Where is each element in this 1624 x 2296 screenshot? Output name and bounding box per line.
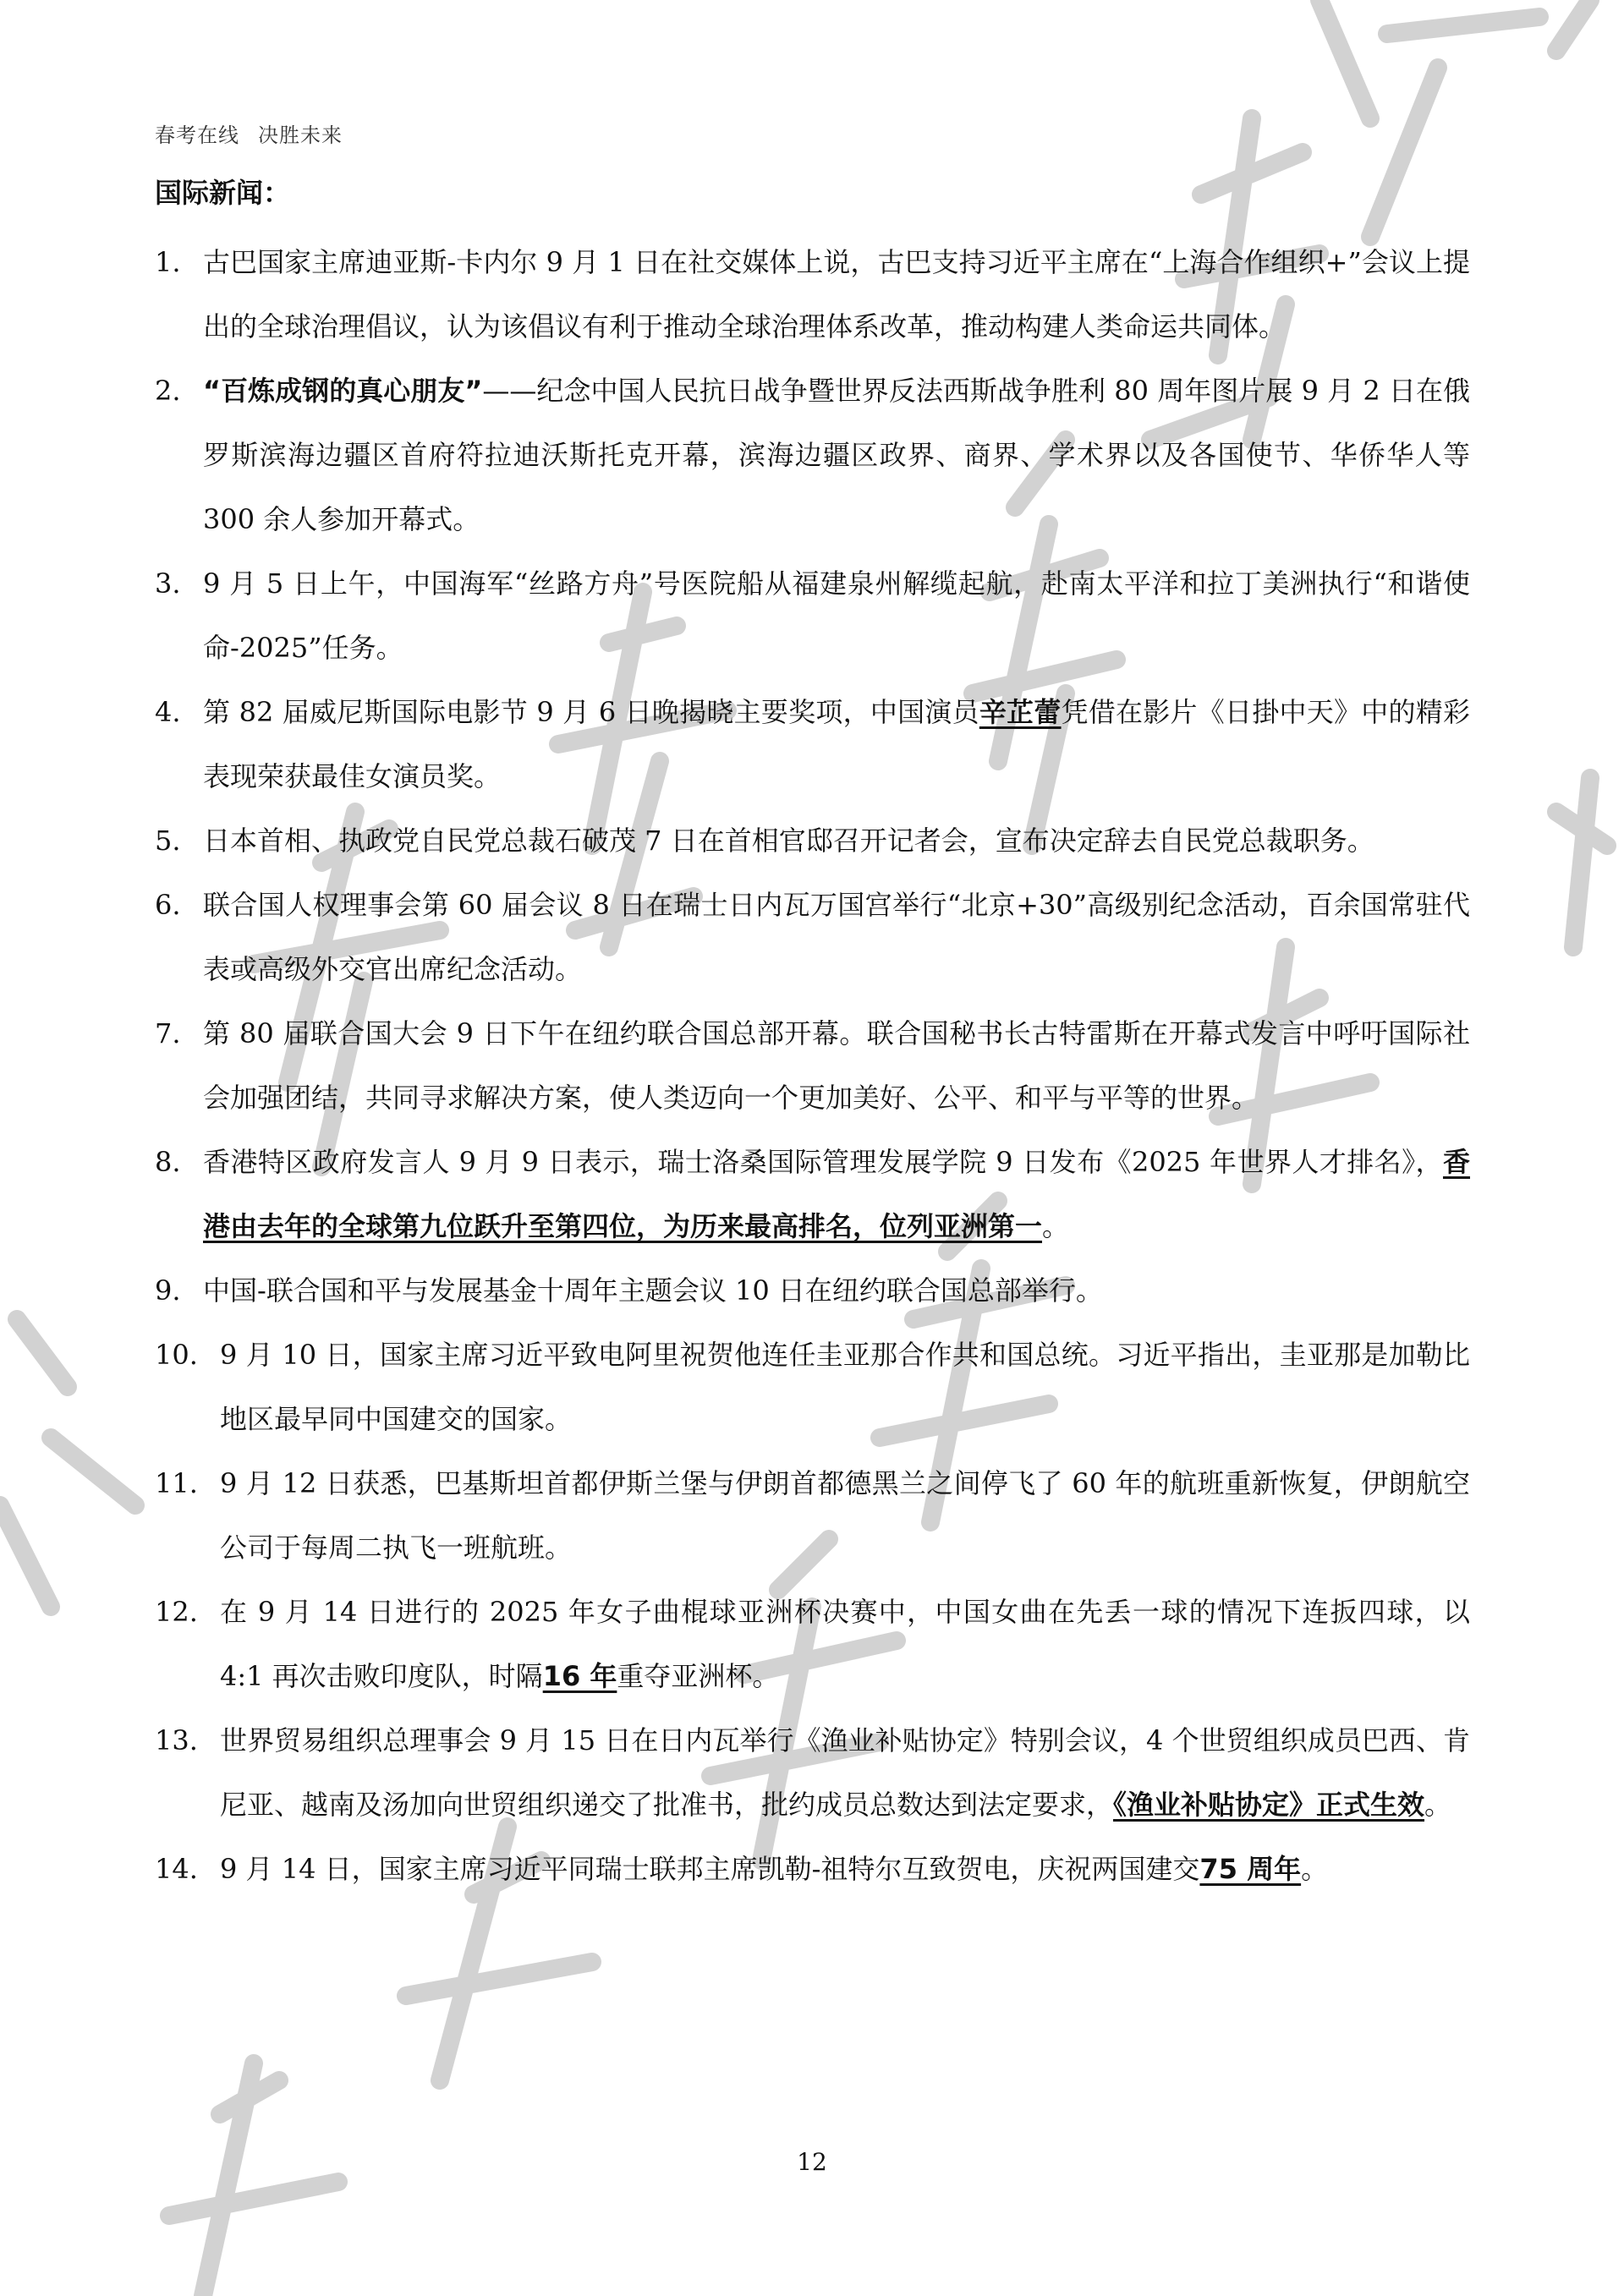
news-item: 4.第 82 届威尼斯国际电影节 9 月 6 日晚揭晓主要奖项，中国演员辛芷蕾凭… xyxy=(155,680,1470,808)
news-item-number: 5. xyxy=(155,808,181,873)
news-item: 13.世界贸易组织总理事会 9 月 15 日在日内瓦举行《渔业补贴协定》特别会议… xyxy=(155,1708,1470,1837)
news-item-number: 6. xyxy=(155,873,181,937)
news-item-text: 9 月 10 日，国家主席习近平致电阿里祝贺他连任圭亚那合作共和国总统。习近平指… xyxy=(155,1323,1470,1451)
section-title: 国际新闻： xyxy=(155,172,290,211)
news-item: 1.古巴国家主席迪亚斯-卡内尔 9 月 1 日在社交媒体上说，古巴支持习近平主席… xyxy=(155,230,1470,359)
text-segment: 。 xyxy=(1301,1853,1328,1885)
news-item-number: 8. xyxy=(155,1130,181,1194)
text-segment: 重夺亚洲杯。 xyxy=(617,1660,779,1692)
text-segment: 第 82 届威尼斯国际电影节 9 月 6 日晚揭晓主要奖项，中国演员 xyxy=(203,696,979,728)
news-item-number: 14. xyxy=(155,1837,198,1901)
text-segment: 中国-联合国和平与发展基金十周年主题会议 10 日在纽约联合国总部举行。 xyxy=(203,1274,1103,1307)
news-item: 7.第 80 届联合国大会 9 日下午在纽约联合国总部开幕。联合国秘书长古特雷斯… xyxy=(155,1001,1470,1130)
news-item: 11.9 月 12 日获悉，巴基斯坦首都伊斯兰堡与伊朗首都德黑兰之间停飞了 60… xyxy=(155,1451,1470,1580)
text-segment: 9 月 14 日，国家主席习近平同瑞士联邦主席凯勒-祖特尔互致贺电，庆祝两国建交 xyxy=(220,1853,1199,1885)
news-item-text: 第 80 届联合国大会 9 日下午在纽约联合国总部开幕。联合国秘书长古特雷斯在开… xyxy=(155,1001,1470,1130)
news-item-number: 7. xyxy=(155,1001,181,1066)
text-segment: 。 xyxy=(1424,1789,1451,1821)
news-item-text: 9 月 5 日上午，中国海军“丝路方舟”号医院船从福建泉州解缆起航，赴南太平洋和… xyxy=(155,551,1470,680)
news-item: 5.日本首相、执政党自民党总裁石破茂 7 日在首相官邸召开记者会，宣布决定辞去自… xyxy=(155,808,1470,873)
text-segment: 日本首相、执政党自民党总裁石破茂 7 日在首相官邸召开记者会，宣布决定辞去自民党… xyxy=(203,825,1374,857)
text-segment: 香港特区政府发言人 9 月 9 日表示，瑞士洛桑国际管理发展学院 9 日发布《2… xyxy=(203,1146,1443,1178)
news-item-text: 9 月 12 日获悉，巴基斯坦首都伊斯兰堡与伊朗首都德黑兰之间停飞了 60 年的… xyxy=(155,1451,1470,1580)
news-item-number: 2. xyxy=(155,359,181,423)
text-segment: 第 80 届联合国大会 9 日下午在纽约联合国总部开幕。联合国秘书长古特雷斯在开… xyxy=(203,1017,1470,1114)
page-number: 12 xyxy=(0,2148,1624,2176)
news-item-text: 香港特区政府发言人 9 月 9 日表示，瑞士洛桑国际管理发展学院 9 日发布《2… xyxy=(155,1130,1470,1258)
news-item-number: 13. xyxy=(155,1708,198,1773)
news-item-number: 3. xyxy=(155,551,181,616)
news-item: 3.9 月 5 日上午，中国海军“丝路方舟”号医院船从福建泉州解缆起航，赴南太平… xyxy=(155,551,1470,680)
news-item: 8.香港特区政府发言人 9 月 9 日表示，瑞士洛桑国际管理发展学院 9 日发布… xyxy=(155,1130,1470,1258)
highlighted-text: 辛芷蕾 xyxy=(979,696,1062,728)
document-page: 春考在线决胜未来 国际新闻： 1.古巴国家主席迪亚斯-卡内尔 9 月 1 日在社… xyxy=(0,0,1624,2296)
news-item-text: 古巴国家主席迪亚斯-卡内尔 9 月 1 日在社交媒体上说，古巴支持习近平主席在“… xyxy=(155,230,1470,359)
news-item-text: 9 月 14 日，国家主席习近平同瑞士联邦主席凯勒-祖特尔互致贺电，庆祝两国建交… xyxy=(155,1837,1470,1901)
text-segment: 在 9 月 14 日进行的 2025 年女子曲棍球亚洲杯决赛中，中国女曲在先丢一… xyxy=(220,1596,1470,1692)
news-item-text: 中国-联合国和平与发展基金十周年主题会议 10 日在纽约联合国总部举行。 xyxy=(155,1258,1470,1323)
news-item-number: 9. xyxy=(155,1258,181,1323)
page-header: 春考在线决胜未来 xyxy=(155,118,343,148)
news-item-text: 日本首相、执政党自民党总裁石破茂 7 日在首相官邸召开记者会，宣布决定辞去自民党… xyxy=(155,808,1470,873)
news-item: 9.中国-联合国和平与发展基金十周年主题会议 10 日在纽约联合国总部举行。 xyxy=(155,1258,1470,1323)
news-item-text: “百炼成钢的真心朋友”——纪念中国人民抗日战争暨世界反法西斯战争胜利 80 周年… xyxy=(155,359,1470,551)
text-segment: 9 月 5 日上午，中国海军“丝路方舟”号医院船从福建泉州解缆起航，赴南太平洋和… xyxy=(203,567,1470,664)
news-item-text: 第 82 届威尼斯国际电影节 9 月 6 日晚揭晓主要奖项，中国演员辛芷蕾凭借在… xyxy=(155,680,1470,808)
news-item-number: 1. xyxy=(155,230,181,294)
news-item: 2.“百炼成钢的真心朋友”——纪念中国人民抗日战争暨世界反法西斯战争胜利 80 … xyxy=(155,359,1470,551)
text-segment: 古巴国家主席迪亚斯-卡内尔 9 月 1 日在社交媒体上说，古巴支持习近平主席在“… xyxy=(203,246,1470,342)
text-segment: 联合国人权理事会第 60 届会议 8 日在瑞士日内瓦万国宫举行“北京+30”高级… xyxy=(203,889,1470,985)
header-left-text: 春考在线 xyxy=(155,123,239,147)
highlighted-text: 16 年 xyxy=(543,1660,617,1692)
highlighted-text: “百炼成钢的真心朋友” xyxy=(203,375,482,407)
news-item-number: 12. xyxy=(155,1580,198,1644)
news-item-text: 在 9 月 14 日进行的 2025 年女子曲棍球亚洲杯决赛中，中国女曲在先丢一… xyxy=(155,1580,1470,1708)
text-segment: 9 月 10 日，国家主席习近平致电阿里祝贺他连任圭亚那合作共和国总统。习近平指… xyxy=(220,1339,1470,1435)
news-item-text: 联合国人权理事会第 60 届会议 8 日在瑞士日内瓦万国宫举行“北京+30”高级… xyxy=(155,873,1470,1001)
news-item-number: 10. xyxy=(155,1323,198,1387)
news-item: 12.在 9 月 14 日进行的 2025 年女子曲棍球亚洲杯决赛中，中国女曲在… xyxy=(155,1580,1470,1708)
news-item: 14.9 月 14 日，国家主席习近平同瑞士联邦主席凯勒-祖特尔互致贺电，庆祝两… xyxy=(155,1837,1470,1901)
text-segment: 9 月 12 日获悉，巴基斯坦首都伊斯兰堡与伊朗首都德黑兰之间停飞了 60 年的… xyxy=(220,1467,1470,1564)
text-segment: 。 xyxy=(1042,1210,1069,1242)
news-item-text: 世界贸易组织总理事会 9 月 15 日在日内瓦举行《渔业补贴协定》特别会议，4 … xyxy=(155,1708,1470,1837)
news-item-number: 11. xyxy=(155,1451,198,1515)
news-list: 1.古巴国家主席迪亚斯-卡内尔 9 月 1 日在社交媒体上说，古巴支持习近平主席… xyxy=(155,230,1470,1901)
highlighted-text: 75 周年 xyxy=(1199,1853,1301,1885)
highlighted-text: 《渔业补贴协定》正式生效 xyxy=(1113,1789,1424,1821)
news-item: 6.联合国人权理事会第 60 届会议 8 日在瑞士日内瓦万国宫举行“北京+30”… xyxy=(155,873,1470,1001)
news-item-number: 4. xyxy=(155,680,181,744)
news-item: 10.9 月 10 日，国家主席习近平致电阿里祝贺他连任圭亚那合作共和国总统。习… xyxy=(155,1323,1470,1451)
header-right-text: 决胜未来 xyxy=(258,123,343,147)
